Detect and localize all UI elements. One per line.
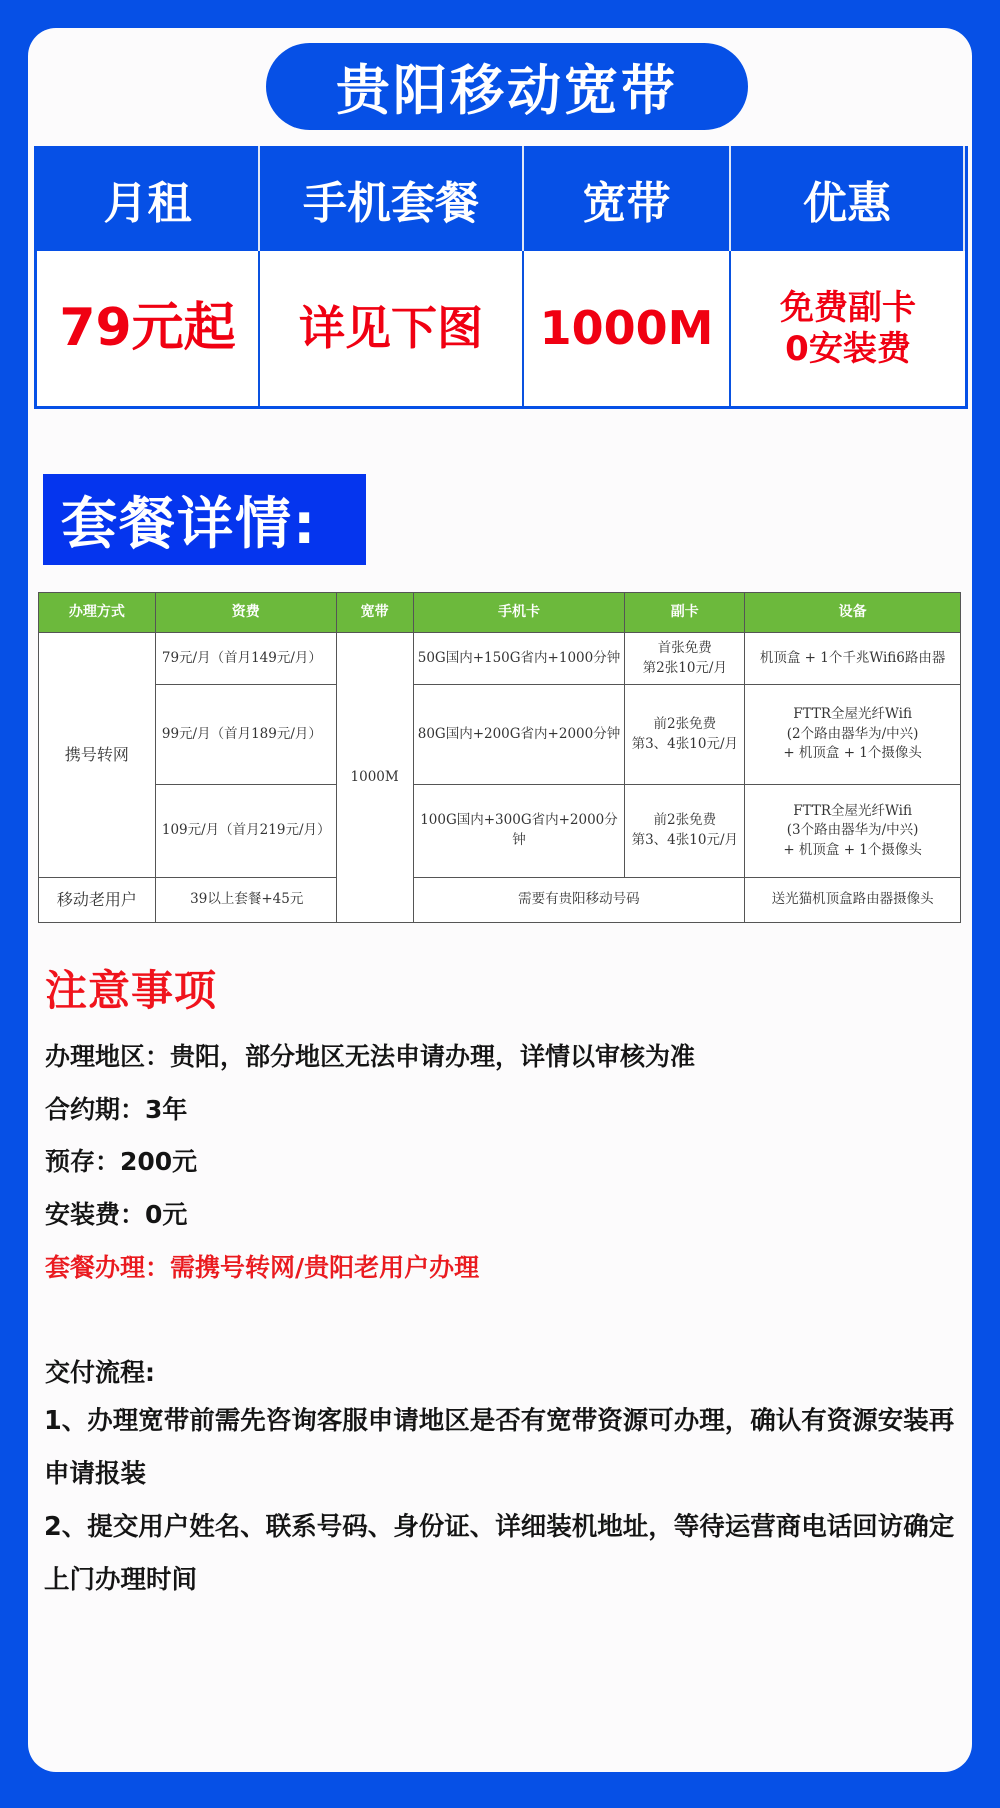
plan-details-table: 办理方式 资费 宽带 手机卡 副卡 设备 携号转网 79元/月（首月149元/月…	[38, 592, 961, 923]
device-line: (2个路由器华为/中兴)	[749, 725, 956, 745]
column-header-broadband: 宽带	[336, 593, 413, 633]
column-header-phone-card: 手机卡	[413, 593, 625, 633]
note-region: 办理地区：贵阳，部分地区无法申请办理，详情以审核为准	[45, 1037, 695, 1073]
summary-value-monthly-fee: 79元起	[37, 251, 260, 406]
device-cell: FTTR全屋光纤Wifi (2个路由器华为/中兴) + 机顶盒 + 1个摄像头	[745, 685, 961, 785]
device-line: (3个路由器华为/中兴)	[749, 821, 956, 841]
device-line: FTTR全屋光纤Wifi	[749, 705, 956, 725]
sub-card-cell: 首张免费 第2张10元/月	[625, 633, 745, 685]
column-header-fee: 资费	[155, 593, 336, 633]
summary-header-phone-plan: 手机套餐	[260, 146, 524, 251]
page-title: 贵阳移动宽带	[266, 43, 748, 130]
sub-card-line: 第2张10元/月	[629, 659, 740, 679]
delivery-step-1: 1、办理宽带前需先咨询客服申请地区是否有宽带资源可办理，确认有资源安装再申请报装	[44, 1395, 964, 1501]
note-install-fee: 安装费：0元	[45, 1195, 187, 1231]
note-contract-period: 合约期：3年	[45, 1090, 187, 1126]
table-row: 99元/月（首月189元/月） 80G国内+200G省内+2000分钟 前2张免…	[39, 685, 961, 785]
method-cell-transfer: 携号转网	[39, 633, 156, 878]
column-header-method: 办理方式	[39, 593, 156, 633]
sub-card-cell: 前2张免费 第3、4张10元/月	[625, 685, 745, 785]
column-header-device: 设备	[745, 593, 961, 633]
sub-card-line: 第3、4张10元/月	[629, 831, 740, 851]
phone-plan-text: 详见下图	[299, 301, 483, 356]
table-header-row: 办理方式 资费 宽带 手机卡 副卡 设备	[39, 593, 961, 633]
sub-card-line: 前2张免费	[629, 715, 740, 735]
table-row-existing-user: 移动老用户 39以上套餐+45元 需要有贵阳移动号码 送光猫机顶盒路由器摄像头	[39, 878, 961, 923]
device-line: 机顶盒 + 1个千兆Wifi6路由器	[749, 649, 956, 669]
summary-value-broadband: 1000M	[524, 251, 731, 406]
phone-card-cell: 100G国内+300G省内+2000分钟	[413, 785, 625, 878]
offer-line-1: 免费副卡	[780, 288, 916, 329]
delivery-step-2: 2、提交用户姓名、联系号码、身份证、详细装机地址，等待运营商电话回访确定上门办理…	[44, 1501, 964, 1607]
summary-table: 月租 手机套餐 宽带 优惠 79元起 详见下图 1000M 免费副卡 0安装费	[34, 146, 968, 409]
requirement-cell: 需要有贵阳移动号码	[413, 878, 745, 923]
phone-card-cell: 50G国内+150G省内+1000分钟	[413, 633, 625, 685]
delivery-title: 交付流程:	[45, 1353, 155, 1389]
summary-header-monthly-fee: 月租	[37, 146, 260, 251]
offer-line-2: 0安装费	[785, 329, 911, 370]
broadband-speed-text: 1000M	[540, 301, 714, 356]
device-cell: 送光猫机顶盒路由器摄像头	[745, 878, 961, 923]
note-eligibility: 套餐办理：需携号转网/贵阳老用户办理	[45, 1248, 479, 1284]
fee-cell: 109元/月（首月219元/月）	[155, 785, 336, 878]
fee-cell: 99元/月（首月189元/月）	[155, 685, 336, 785]
column-header-sub-card: 副卡	[625, 593, 745, 633]
sub-card-line: 前2张免费	[629, 811, 740, 831]
device-cell: FTTR全屋光纤Wifi (3个路由器华为/中兴) + 机顶盒 + 1个摄像头	[745, 785, 961, 878]
device-line: FTTR全屋光纤Wifi	[749, 802, 956, 822]
notes-title: 注意事项	[45, 958, 217, 1018]
plan-details-badge: 套餐详情:	[43, 474, 366, 565]
device-cell: 机顶盒 + 1个千兆Wifi6路由器	[745, 633, 961, 685]
broadband-cell: 1000M	[336, 633, 413, 923]
summary-value-offer: 免费副卡 0安装费	[731, 251, 965, 406]
table-row: 109元/月（首月219元/月） 100G国内+300G省内+2000分钟 前2…	[39, 785, 961, 878]
summary-header-broadband: 宽带	[524, 146, 731, 251]
sub-card-line: 首张免费	[629, 639, 740, 659]
sub-card-cell: 前2张免费 第3、4张10元/月	[625, 785, 745, 878]
fee-cell: 79元/月（首月149元/月）	[155, 633, 336, 685]
phone-card-cell: 80G国内+200G省内+2000分钟	[413, 685, 625, 785]
summary-header-offer: 优惠	[731, 146, 965, 251]
monthly-fee-text: 79元起	[59, 297, 235, 359]
device-line: + 机顶盒 + 1个摄像头	[749, 744, 956, 764]
sub-card-line: 第3、4张10元/月	[629, 735, 740, 755]
device-line: + 机顶盒 + 1个摄像头	[749, 841, 956, 861]
method-cell-existing: 移动老用户	[39, 878, 156, 923]
note-deposit: 预存：200元	[45, 1142, 197, 1178]
table-row: 携号转网 79元/月（首月149元/月） 1000M 50G国内+150G省内+…	[39, 633, 961, 685]
fee-cell: 39以上套餐+45元	[155, 878, 336, 923]
summary-value-phone-plan: 详见下图	[260, 251, 524, 406]
